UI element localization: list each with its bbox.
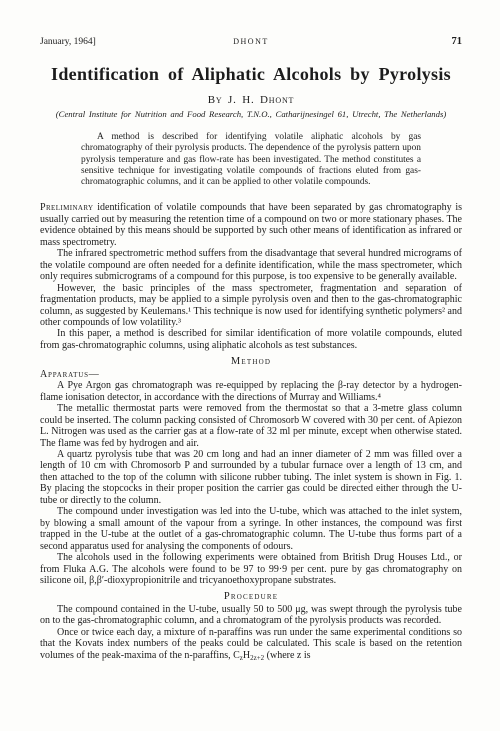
paragraph-intro-2: The infrared spectrometric method suffer… (40, 248, 462, 282)
subsection-label-apparatus: Apparatus— (40, 369, 462, 380)
paragraph-procedure-1: The compound contained in the U-tube, us… (40, 604, 462, 627)
paragraph-text: identification of volatile compounds tha… (40, 202, 462, 247)
journal-date: January, 1964] (40, 37, 181, 47)
paragraph-method-4: The compound under investigation was led… (40, 506, 462, 552)
paragraph-text: (where z is (264, 650, 310, 661)
paragraph-intro-1: Preliminary identification of volatile c… (40, 202, 462, 248)
paragraph-procedure-2: Once or twice each day, a mixture of n-p… (40, 627, 462, 664)
section-heading-method: Method (40, 356, 462, 367)
byline: By J. H. Dhont (40, 94, 462, 106)
article-title: Identification of Aliphatic Alcohols by … (40, 64, 462, 85)
paragraph-intro-3: However, the basic principles of the mas… (40, 283, 462, 329)
paragraph-intro-4: In this paper, a method is described for… (40, 328, 462, 351)
formula-subscript: 2z+2 (250, 654, 264, 662)
paragraph-method-2: The metallic thermostat parts were remov… (40, 403, 462, 449)
paragraph-method-5: The alcohols used in the following exper… (40, 552, 462, 586)
affiliation: (Central Institute for Nutrition and Foo… (40, 109, 462, 119)
article-body: Preliminary identification of volatile c… (40, 202, 462, 664)
lead-word: Preliminary (40, 202, 94, 213)
page-header: January, 1964] DHONT 71 (40, 36, 462, 47)
abstract: A method is described for identifying vo… (81, 132, 421, 188)
paragraph-method-1: A Pye Argon gas chromatograph was re-equ… (40, 380, 462, 403)
running-head-author: DHONT (181, 37, 322, 46)
paragraph-method-3: A quartz pyrolysis tube that was 20 cm l… (40, 449, 462, 506)
journal-page: January, 1964] DHONT 71 Identification o… (0, 0, 500, 731)
section-heading-procedure: Procedure (40, 591, 462, 602)
page-number: 71 (321, 36, 462, 47)
